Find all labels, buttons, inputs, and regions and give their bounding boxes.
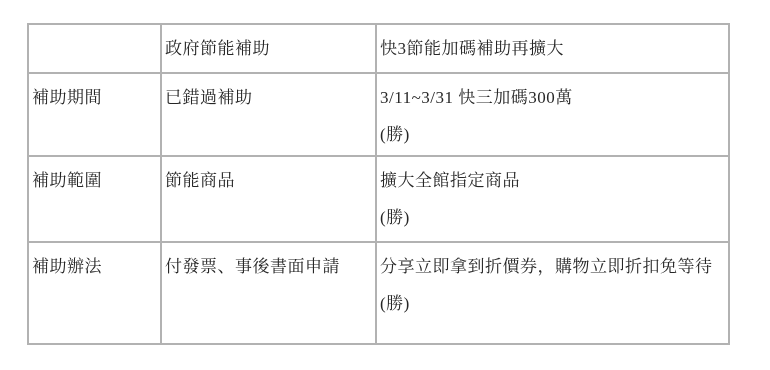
cell-text: 擴大全館指定商品 bbox=[380, 169, 726, 192]
row-label: 補助期間 bbox=[32, 86, 158, 109]
table-row-subsidy-scope: 補助範圍 節能商品 擴大全館指定商品 (勝) bbox=[28, 156, 729, 242]
quick3-method-cell: 分享立即拿到折價券，購物立即折扣免等待 (勝) bbox=[376, 242, 729, 344]
govt-period-cell: 已錯過補助 bbox=[161, 73, 376, 156]
row-label-cell: 補助範圍 bbox=[28, 156, 161, 242]
win-badge: (勝) bbox=[380, 292, 726, 315]
page-background: 政府節能補助 快3節能加碼補助再擴大 補助期間 已錯過補助 3/11~3/31 … bbox=[0, 0, 770, 370]
cell-text: 分享立即拿到折價券，購物立即折扣免等待 bbox=[380, 255, 726, 278]
cell-text: 節能商品 bbox=[165, 169, 373, 192]
header-govt-subsidy-cell: 政府節能補助 bbox=[161, 24, 376, 73]
header-quick3-subsidy-cell: 快3節能加碼補助再擴大 bbox=[376, 24, 729, 73]
cell-text: 付發票、事後書面申請 bbox=[165, 255, 373, 278]
table-header-row: 政府節能補助 快3節能加碼補助再擴大 bbox=[28, 24, 729, 73]
header-govt-subsidy-label: 政府節能補助 bbox=[165, 37, 373, 60]
header-quick3-subsidy-label: 快3節能加碼補助再擴大 bbox=[380, 37, 726, 60]
row-label: 補助範圍 bbox=[32, 169, 158, 192]
win-badge: (勝) bbox=[380, 206, 726, 229]
quick3-period-cell: 3/11~3/31 快三加碼300萬 (勝) bbox=[376, 73, 729, 156]
cell-text: 3/11~3/31 快三加碼300萬 bbox=[380, 86, 726, 109]
header-empty-cell bbox=[28, 24, 161, 73]
subsidy-comparison-table: 政府節能補助 快3節能加碼補助再擴大 補助期間 已錯過補助 3/11~3/31 … bbox=[27, 23, 730, 345]
row-label-cell: 補助辦法 bbox=[28, 242, 161, 344]
row-label-cell: 補助期間 bbox=[28, 73, 161, 156]
govt-method-cell: 付發票、事後書面申請 bbox=[161, 242, 376, 344]
govt-scope-cell: 節能商品 bbox=[161, 156, 376, 242]
table-row-subsidy-method: 補助辦法 付發票、事後書面申請 分享立即拿到折價券，購物立即折扣免等待 (勝) bbox=[28, 242, 729, 344]
cell-text: 已錯過補助 bbox=[165, 86, 373, 109]
table-row-subsidy-period: 補助期間 已錯過補助 3/11~3/31 快三加碼300萬 (勝) bbox=[28, 73, 729, 156]
quick3-scope-cell: 擴大全館指定商品 (勝) bbox=[376, 156, 729, 242]
row-label: 補助辦法 bbox=[32, 255, 158, 278]
win-badge: (勝) bbox=[380, 123, 726, 146]
